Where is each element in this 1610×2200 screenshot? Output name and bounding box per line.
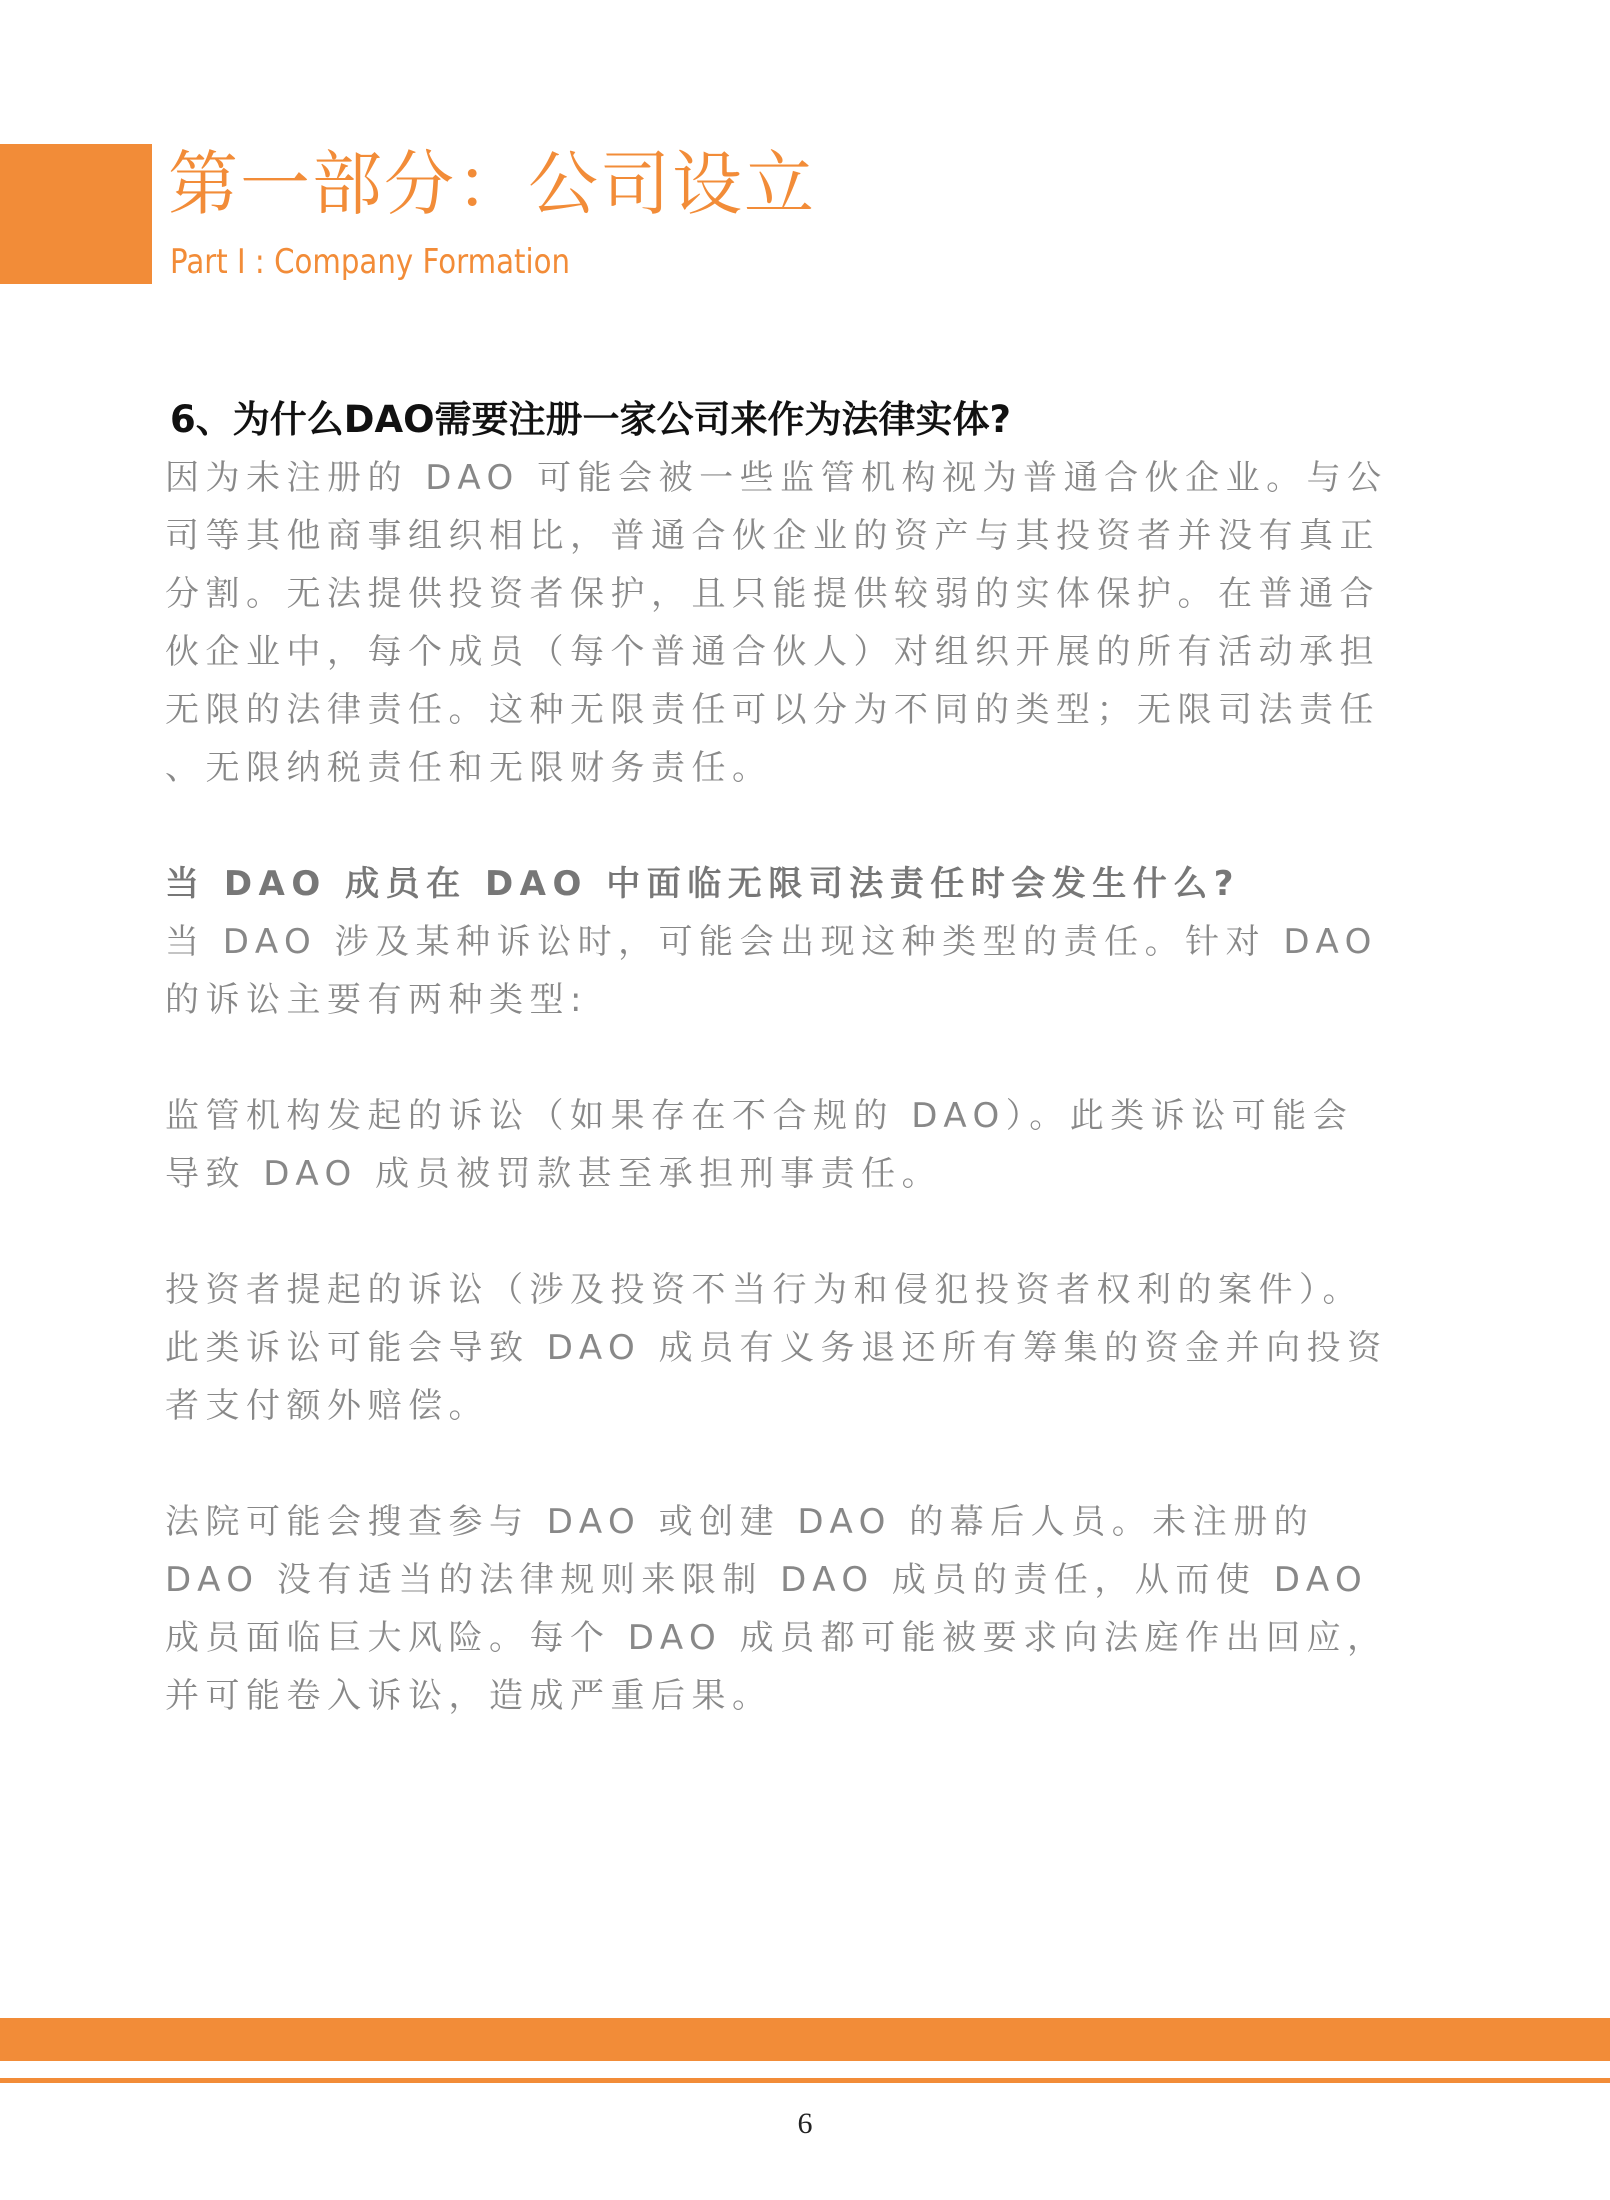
spacer — [165, 797, 1455, 855]
text-line: 法院可能会搜查参与 DAO 或创建 DAO 的幕后人员。未注册的 — [165, 1493, 1455, 1551]
text-line: 分割。无法提供投资者保护，且只能提供较弱的实体保护。在普通合 — [165, 565, 1455, 623]
text-line: 、无限纳税责任和无限财务责任。 — [165, 739, 1455, 797]
main-content: 6、为什么DAO需要注册一家公司来作为法律实体? 因为未注册的 DAO 可能会被… — [165, 395, 1455, 1725]
footer-band-thin — [0, 2078, 1610, 2083]
text-line: 投资者提起的诉讼（涉及投资不当行为和侵犯投资者权利的案件）。 — [165, 1261, 1455, 1319]
paragraph-intro: 因为未注册的 DAO 可能会被一些监管机构视为普通合伙企业。与公 司等其他商事组… — [165, 449, 1455, 797]
paragraph-judicial-liability: 当 DAO 成员在 DAO 中面临无限司法责任时会发生什么? 当 DAO 涉及某… — [165, 855, 1455, 1029]
text-line: 此类诉讼可能会导致 DAO 成员有义务退还所有筹集的资金并向投资 — [165, 1319, 1455, 1377]
text-line: 司等其他商事组织相比，普通合伙企业的资产与其投资者并没有真正 — [165, 507, 1455, 565]
text-line: 监管机构发起的诉讼（如果存在不合规的 DAO）。此类诉讼可能会 — [165, 1087, 1455, 1145]
text-line: 导致 DAO 成员被罚款甚至承担刑事责任。 — [165, 1145, 1455, 1203]
page-number: 6 — [0, 2106, 1610, 2142]
subheading: 当 DAO 成员在 DAO 中面临无限司法责任时会发生什么? — [165, 855, 1455, 913]
text-line: DAO 没有适当的法律规则来限制 DAO 成员的责任，从而使 DAO — [165, 1551, 1455, 1609]
spacer — [165, 1029, 1455, 1087]
footer-band-thick — [0, 2018, 1610, 2061]
spacer — [165, 1435, 1455, 1493]
page-title: 第一部分：公司设立 — [168, 140, 816, 228]
paragraph-investor-lawsuits: 投资者提起的诉讼（涉及投资不当行为和侵犯投资者权利的案件）。 此类诉讼可能会导致… — [165, 1261, 1455, 1435]
header-accent-block — [0, 144, 152, 284]
text-line: 的诉讼主要有两种类型: — [165, 971, 1455, 1029]
spacer — [165, 1203, 1455, 1261]
text-line: 成员面临巨大风险。每个 DAO 成员都可能被要求向法庭作出回应， — [165, 1609, 1455, 1667]
text-line: 当 DAO 涉及某种诉讼时，可能会出现这种类型的责任。针对 DAO — [165, 913, 1455, 971]
text-line: 者支付额外赔偿。 — [165, 1377, 1455, 1435]
paragraph-court-search: 法院可能会搜查参与 DAO 或创建 DAO 的幕后人员。未注册的 DAO 没有适… — [165, 1493, 1455, 1725]
paragraph-regulator-lawsuits: 监管机构发起的诉讼（如果存在不合规的 DAO）。此类诉讼可能会 导致 DAO 成… — [165, 1087, 1455, 1203]
text-line: 无限的法律责任。这种无限责任可以分为不同的类型；无限司法责任 — [165, 681, 1455, 739]
text-line: 因为未注册的 DAO 可能会被一些监管机构视为普通合伙企业。与公 — [165, 449, 1455, 507]
text-line: 伙企业中，每个成员（每个普通合伙人）对组织开展的所有活动承担 — [165, 623, 1455, 681]
question-heading: 6、为什么DAO需要注册一家公司来作为法律实体? — [170, 395, 1455, 445]
page-subtitle: Part I : Company Formation — [170, 240, 570, 284]
text-line: 并可能卷入诉讼，造成严重后果。 — [165, 1667, 1455, 1725]
